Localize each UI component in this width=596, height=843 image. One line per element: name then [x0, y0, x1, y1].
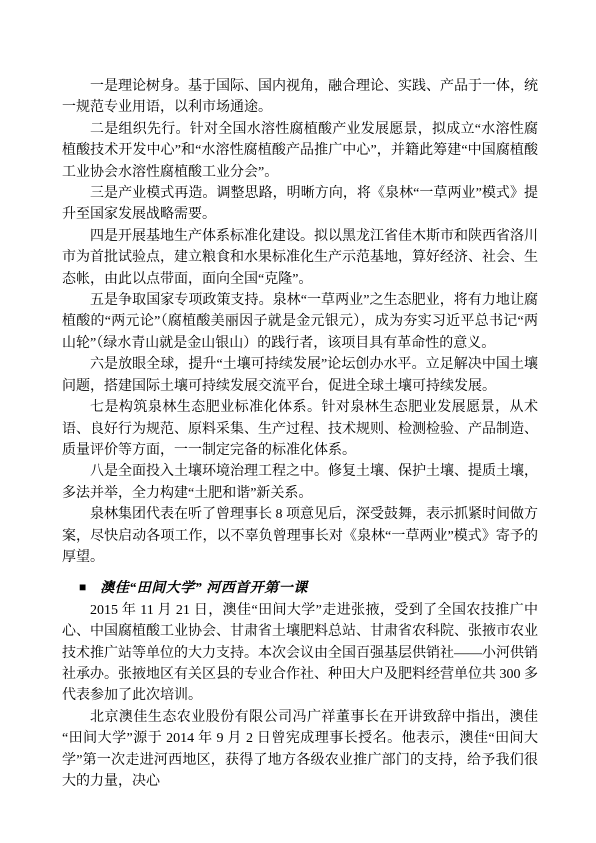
- paragraph: 七是构筑泉林生态肥业标准化体系。针对泉林生态肥业发展愿景，从术语、良好行为规范、…: [62, 397, 538, 461]
- paragraph: 二是组织先行。针对全国水溶性腐植酸产业发展愿景，拟成立“水溶性腐植酸技术开发中心…: [62, 119, 538, 183]
- paragraph: 北京澳佳生态农业股份有限公司冯广祥董事长在开讲致辞中指出，澳佳“田间大学”源于 …: [62, 707, 538, 793]
- section-heading: ■澳佳“田间大学” 河西首开第一课: [62, 577, 538, 599]
- section-heading-text: 澳佳“田间大学” 河西首开第一课: [100, 581, 308, 596]
- square-bullet-icon: ■: [79, 577, 86, 598]
- document-page: 一是理论树身。基于国际、国内视角，融合理论、实践、产品于一体，统一规范专业用语，…: [0, 0, 596, 843]
- paragraph: 四是开展基地生产体系标准化建设。拟以黑龙江省佳木斯市和陕西省洛川市为首批试验点，…: [62, 226, 538, 290]
- paragraph: 三是产业模式再造。调整思路，明晰方向，将《泉林“一草两业”模式》提升至国家发展战…: [62, 183, 538, 226]
- paragraph: 五是争取国家专项政策支持。泉林“一草两业”之生态肥业，将有力地让腐植酸的“两元论…: [62, 290, 538, 354]
- paragraph: 八是全面投入土壤环境治理工程之中。修复土壤、保护土壤、提质土壤，多法并举，全力构…: [62, 461, 538, 504]
- paragraph: 2015 年 11 月 21 日，澳佳“田间大学”走进张掖，受到了全国农技推广中…: [62, 600, 538, 707]
- paragraph: 六是放眼全球，提升“土壤可持续发展”论坛创办水平。立足解决中国土壤问题，搭建国际…: [62, 354, 538, 397]
- paragraph: 泉林集团代表在听了曾理事长 8 项意见后，深受鼓舞，表示抓紧时间做方案，尽快启动…: [62, 504, 538, 568]
- paragraph: 一是理论树身。基于国际、国内视角，融合理论、实践、产品于一体，统一规范专业用语，…: [62, 76, 538, 119]
- document-body: 一是理论树身。基于国际、国内视角，融合理论、实践、产品于一体，统一规范专业用语，…: [62, 76, 538, 792]
